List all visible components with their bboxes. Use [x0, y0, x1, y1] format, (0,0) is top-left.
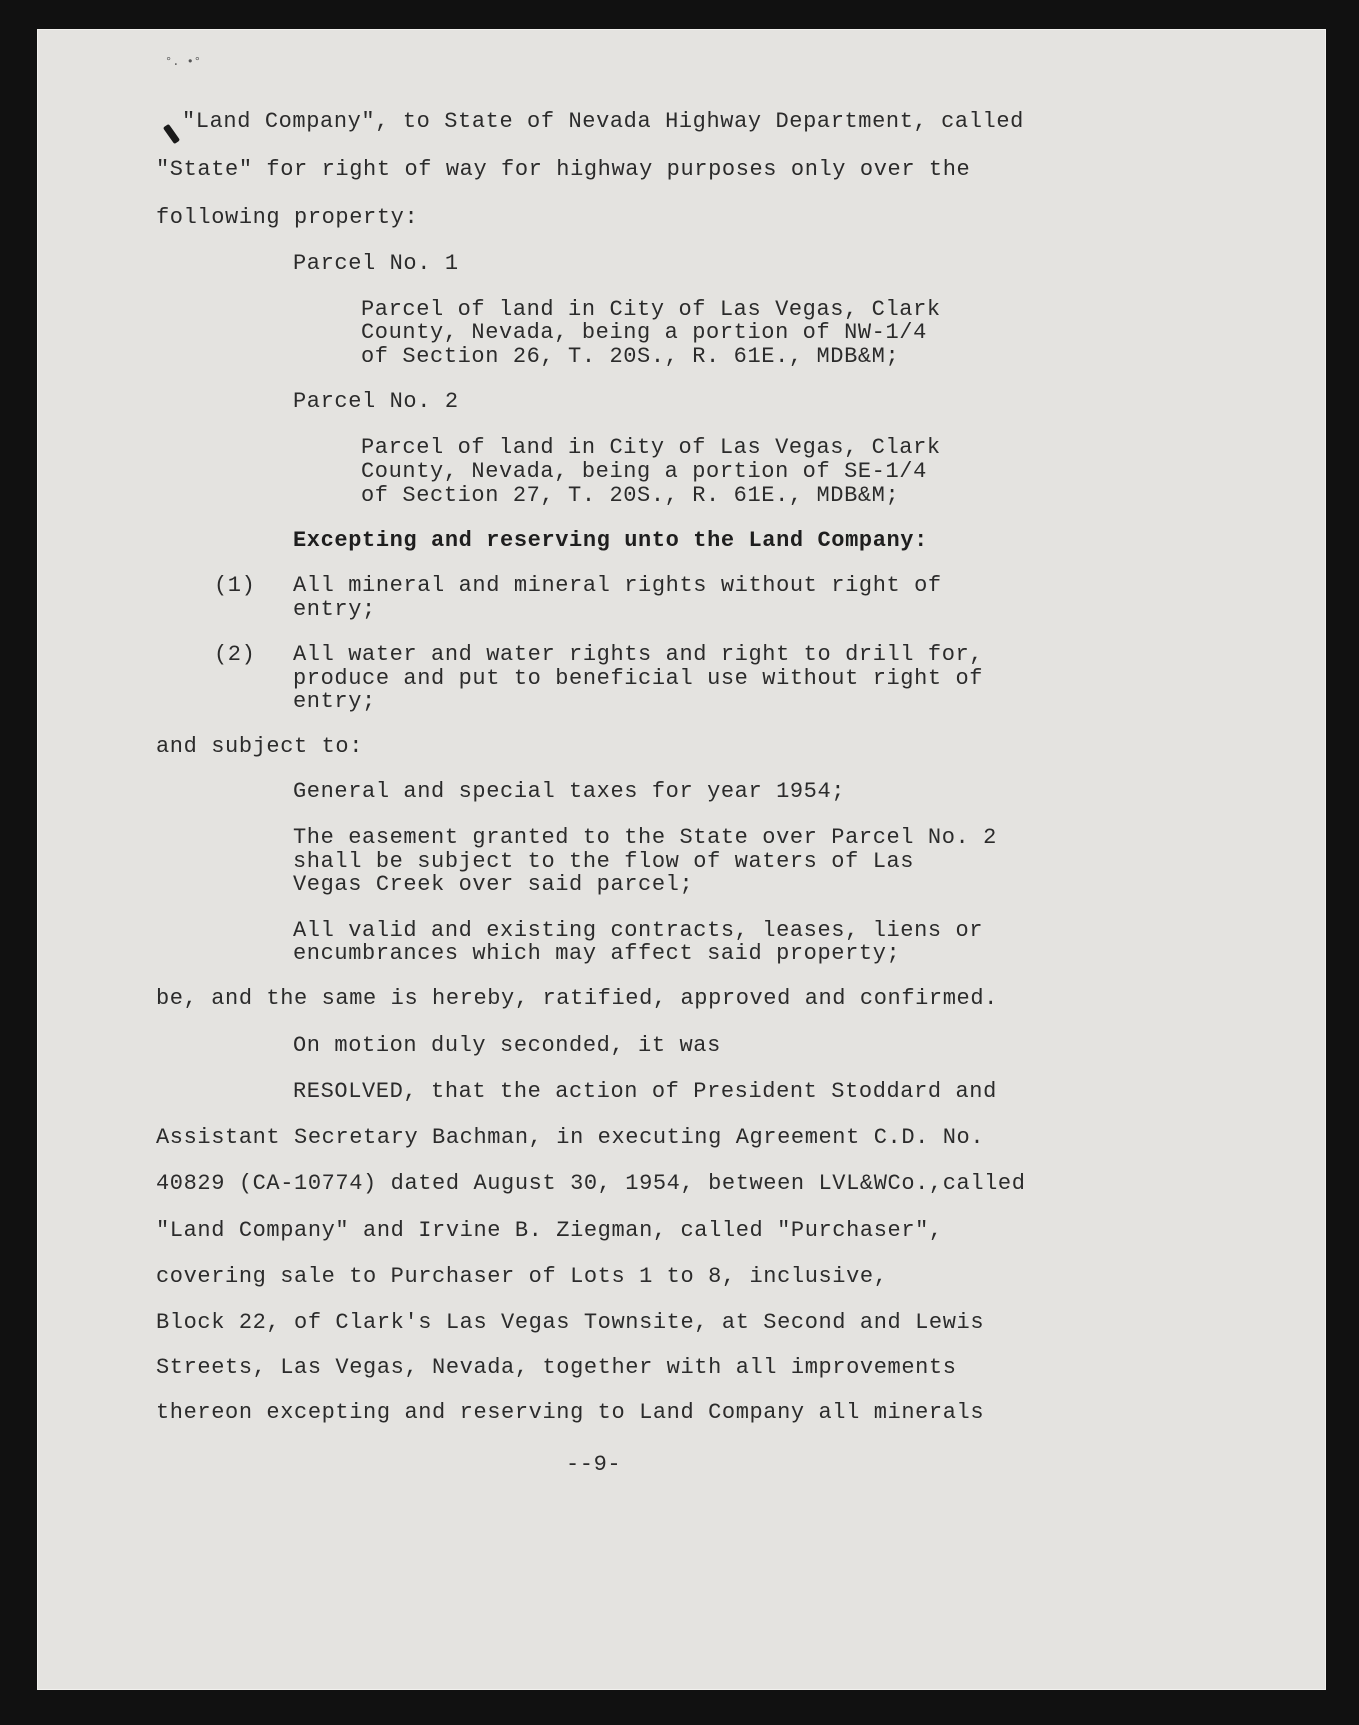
- item-number: (2): [214, 642, 255, 667]
- paragraph-line: be, and the same is hereby, ratified, ap…: [156, 986, 998, 1011]
- parcel-heading: Parcel No. 2: [293, 389, 459, 414]
- resolution-line: 40829 (CA-10774) dated August 30, 1954, …: [156, 1171, 1026, 1196]
- subject-item: Vegas Creek over said parcel;: [293, 872, 693, 897]
- page-number: --9-: [566, 1452, 621, 1477]
- parcel-description-line: Parcel of land in City of Las Vegas, Cla…: [361, 297, 941, 322]
- parcel-description-line: of Section 26, T. 20S., R. 61E., MDB&M;: [361, 344, 899, 369]
- resolution-line: "Land Company" and Irvine B. Ziegman, ca…: [156, 1218, 943, 1243]
- item-line: All mineral and mineral rights without r…: [293, 573, 942, 598]
- parcel-description-line: County, Nevada, being a portion of SE-1/…: [361, 459, 927, 484]
- paragraph-line: "Land Company", to State of Nevada Highw…: [182, 109, 1024, 134]
- parcel-heading: Parcel No. 1: [293, 251, 459, 276]
- resolution-line: RESOLVED, that the action of President S…: [293, 1079, 997, 1104]
- resolution-line: Streets, Las Vegas, Nevada, together wit…: [156, 1355, 957, 1380]
- item-number: (1): [214, 573, 255, 598]
- paragraph-line: following property:: [156, 205, 418, 230]
- subject-item: encumbrances which may affect said prope…: [293, 941, 900, 966]
- resolution-line: Assistant Secretary Bachman, in executin…: [156, 1125, 984, 1150]
- excepting-heading: Excepting and reserving unto the Land Co…: [293, 528, 928, 553]
- item-line: entry;: [293, 597, 376, 622]
- parcel-description-line: Parcel of land in City of Las Vegas, Cla…: [361, 435, 941, 460]
- item-line: All water and water rights and right to …: [293, 642, 983, 667]
- subject-item: All valid and existing contracts, leases…: [293, 918, 983, 943]
- resolution-line: covering sale to Purchaser of Lots 1 to …: [156, 1264, 888, 1289]
- resolution-line: thereon excepting and reserving to Land …: [156, 1400, 984, 1425]
- stray-marks: °. •°: [165, 55, 201, 69]
- item-line: entry;: [293, 689, 376, 714]
- parcel-description-line: County, Nevada, being a portion of NW-1/…: [361, 320, 927, 345]
- paragraph-line: "State" for right of way for highway pur…: [156, 157, 970, 182]
- item-line: produce and put to beneficial use withou…: [293, 666, 983, 691]
- subject-item: shall be subject to the flow of waters o…: [293, 849, 914, 874]
- resolution-line: Block 22, of Clark's Las Vegas Townsite,…: [156, 1310, 984, 1335]
- paragraph-line: and subject to:: [156, 734, 363, 759]
- paragraph-line: On motion duly seconded, it was: [293, 1033, 721, 1058]
- subject-item: General and special taxes for year 1954;: [293, 779, 845, 804]
- subject-item: The easement granted to the State over P…: [293, 825, 997, 850]
- parcel-description-line: of Section 27, T. 20S., R. 61E., MDB&M;: [361, 483, 899, 508]
